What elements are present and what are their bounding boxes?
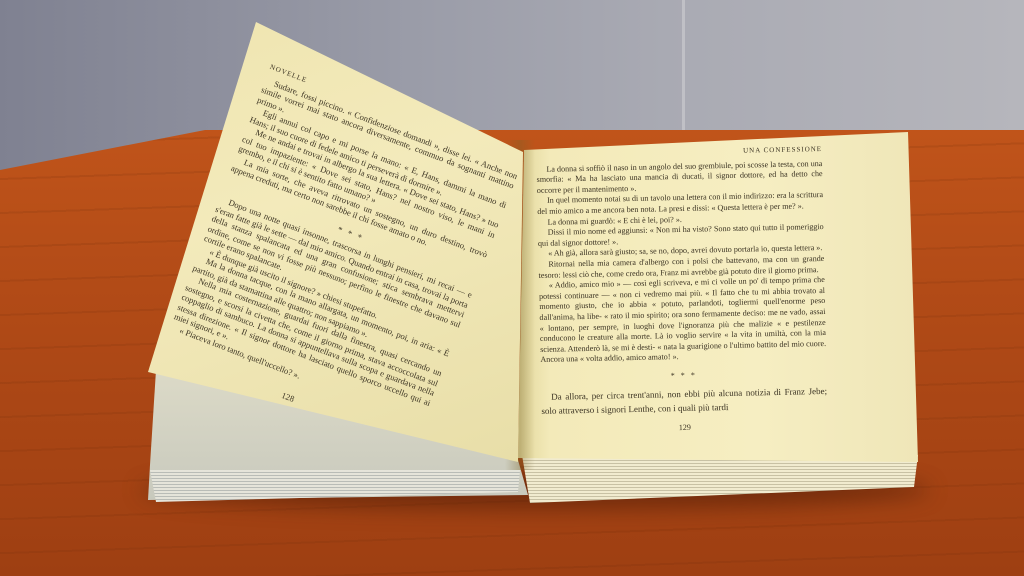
- closing-paragraph: Da allora, per circa trent'anni, non ebb…: [541, 384, 828, 418]
- paragraph: « Addio, amico mio » — così egli scrivev…: [539, 275, 827, 366]
- right-page-text: UNA CONFESSIONE La donna si soffiò il na…: [536, 144, 828, 437]
- section-separator: * * *: [541, 368, 827, 385]
- wall-panel-seam: [682, 0, 685, 140]
